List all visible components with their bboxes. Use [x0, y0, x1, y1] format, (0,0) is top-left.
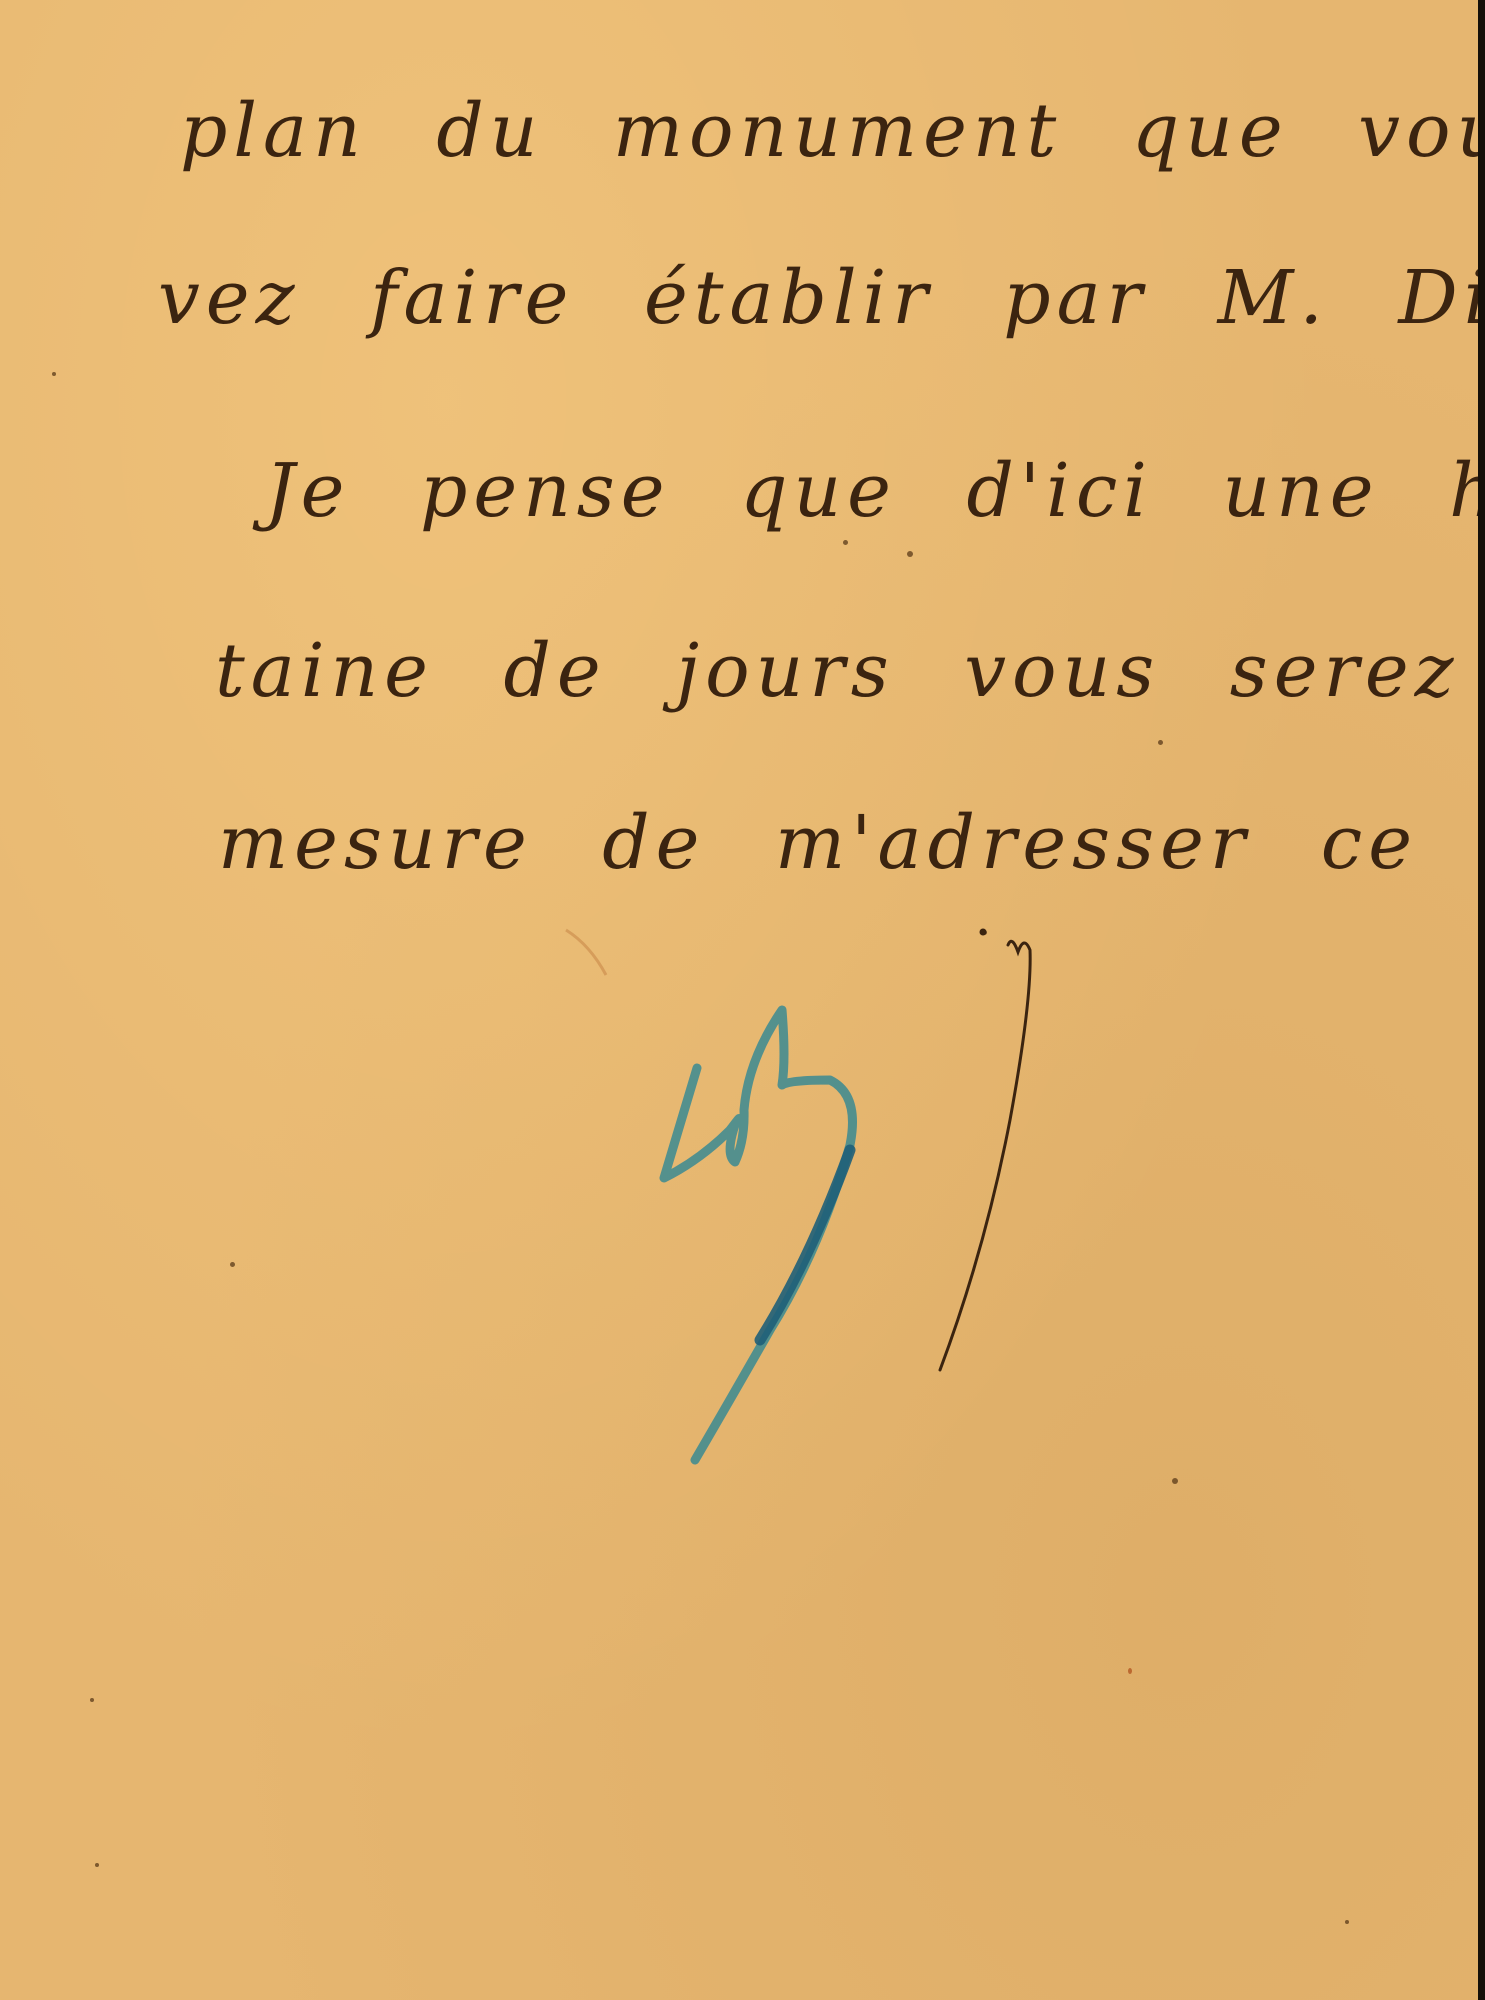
letter-page: plan du monument que vous de- vez faire … [0, 0, 1478, 2000]
annotations-layer [0, 0, 1478, 2000]
scan-border [1478, 0, 1485, 2000]
ink-flourish-icon [940, 929, 1030, 1371]
paper-mark [566, 930, 606, 975]
blue-pencil-annotation-icon [664, 1010, 853, 1460]
